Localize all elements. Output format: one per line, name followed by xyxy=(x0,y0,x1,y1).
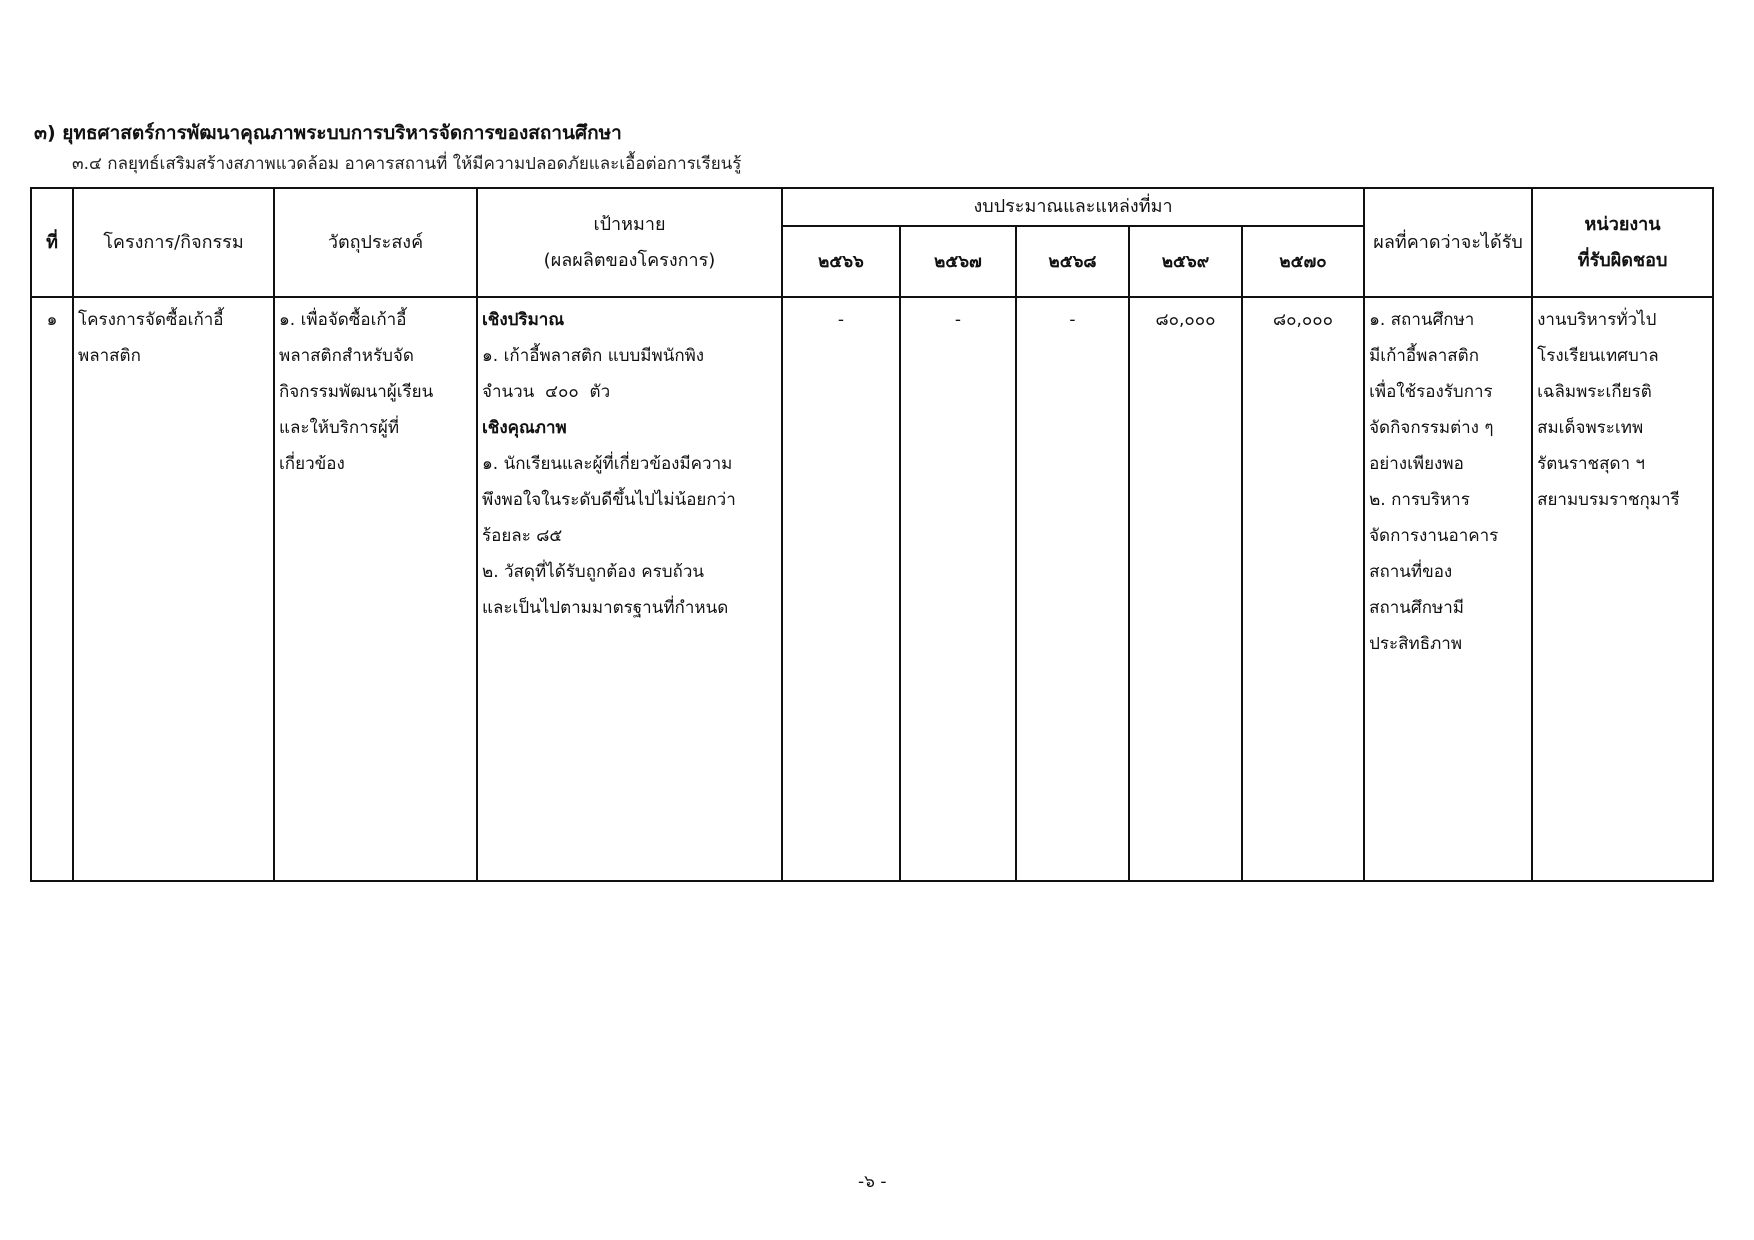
table-row: ๑ โครงการจัดซื้อเก้าอี้ พลาสติก ๑. เพื่อ… xyxy=(31,297,1713,881)
budget-2568: - xyxy=(1016,297,1129,881)
expected-result-cell: ๑. สถานศึกษา มีเก้าอี้พลาสติก เพื่อใช้รอ… xyxy=(1364,297,1532,881)
budget-2570: ๘๐,๐๐๐ xyxy=(1242,297,1364,881)
header-target: เป้าหมาย (ผลผลิตของโครงการ) xyxy=(477,188,782,297)
project-plan-table: ที่ โครงการ/กิจกรรม วัตถุประสงค์ เป้าหมา… xyxy=(30,187,1714,882)
header-year: ๒๕๖๗ xyxy=(900,226,1016,297)
objective-cell: ๑. เพื่อจัดซื้อเก้าอี้ พลาสติกสำหรับจัด … xyxy=(274,297,477,881)
header-year: ๒๕๖๘ xyxy=(1016,226,1129,297)
page-number: -๖ - xyxy=(858,1168,886,1195)
responsible-cell: งานบริหารทั่วไป โรงเรียนเทศบาล เฉลิมพระเ… xyxy=(1532,297,1713,881)
header-year: ๒๕๖๙ xyxy=(1129,226,1242,297)
quantity-heading: เชิงปริมาณ xyxy=(478,302,781,338)
project-cell: โครงการจัดซื้อเก้าอี้ พลาสติก xyxy=(73,297,274,881)
budget-2567: - xyxy=(900,297,1016,881)
target-cell: เชิงปริมาณ ๑. เก้าอี้พลาสติก แบบมีพนักพิ… xyxy=(477,297,782,881)
header-expected-result: ผลที่คาดว่าจะได้รับ xyxy=(1364,188,1532,297)
section-heading: ๓) ยุทธศาสตร์การพัฒนาคุณภาพระบบการบริหาร… xyxy=(34,118,622,148)
table-header-row: ที่ โครงการ/กิจกรรม วัตถุประสงค์ เป้าหมา… xyxy=(31,188,1713,226)
quality-heading: เชิงคุณภาพ xyxy=(478,410,781,446)
header-no: ที่ xyxy=(31,188,73,297)
header-year: ๒๕๗๐ xyxy=(1242,226,1364,297)
budget-2569: ๘๐,๐๐๐ xyxy=(1129,297,1242,881)
row-number: ๑ xyxy=(31,297,73,881)
header-responsible: หน่วยงาน ที่รับผิดชอบ xyxy=(1532,188,1713,297)
header-year: ๒๕๖๖ xyxy=(782,226,900,297)
header-budget-group: งบประมาณและแหล่งที่มา xyxy=(782,188,1364,226)
header-objective: วัตถุประสงค์ xyxy=(274,188,477,297)
header-project: โครงการ/กิจกรรม xyxy=(73,188,274,297)
budget-2566: - xyxy=(782,297,900,881)
subsection-heading: ๓.๔ กลยุทธ์เสริมสร้างสภาพแวดล้อม อาคารสถ… xyxy=(72,150,741,177)
